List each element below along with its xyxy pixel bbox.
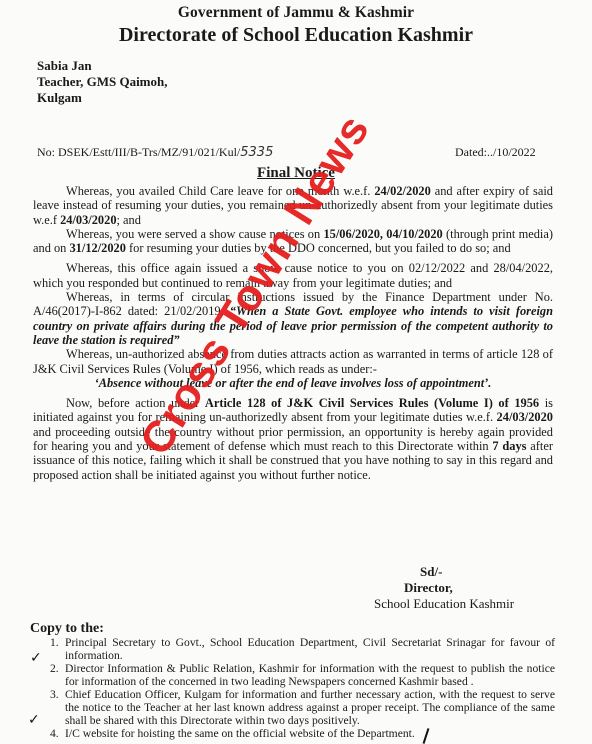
- government-heading: Government of Jammu & Kashmir: [0, 4, 592, 22]
- copy-item: 4.I/C website for hoisting the same on t…: [50, 727, 555, 740]
- dated-label: Dated:: [455, 145, 487, 159]
- addressee-name: Sabia Jan: [37, 58, 92, 74]
- rule-quote: ‘Absence without leave or after the end …: [33, 376, 553, 390]
- addressee-place: Kulgam: [37, 90, 82, 106]
- directorate-heading: Directorate of School Education Kashmir: [0, 24, 592, 47]
- reference-number-text: No: DSEK/Estt/III/B-Trs/MZ/91/021/Kul/: [37, 145, 240, 159]
- signature-designation: Director,: [404, 580, 453, 596]
- paragraph-4: Whereas, in terms of circular instructio…: [33, 290, 553, 347]
- copy-item: 2.Director Information & Public Relation…: [50, 662, 555, 688]
- paragraph-6: Now, before action under Article 128 of …: [33, 396, 553, 482]
- copy-to-title: Copy to the:: [30, 621, 104, 637]
- signature-sd: Sd/-: [420, 564, 442, 580]
- reference-number: No: DSEK/Estt/III/B-Trs/MZ/91/021/Kul/53…: [37, 145, 273, 160]
- notice-document: Government of Jammu & Kashmir Directorat…: [0, 0, 592, 744]
- paragraph-5: Whereas, un-authorized absence from duti…: [33, 347, 553, 376]
- dated-value: ../10/2022: [487, 145, 536, 159]
- copy-item: 3.Chief Education Officer, Kulgam for in…: [50, 688, 555, 727]
- handwritten-number: 5335: [240, 145, 273, 160]
- copy-to-list: 1.Principal Secretary to Govt., School E…: [50, 636, 555, 740]
- signature-office: School Education Kashmir: [374, 596, 514, 612]
- addressee-designation: Teacher, GMS Qaimoh,: [37, 74, 168, 90]
- checkmark-icon: ✓: [30, 650, 42, 666]
- copy-item: 1.Principal Secretary to Govt., School E…: [50, 636, 555, 662]
- dated: Dated:../10/2022: [455, 145, 536, 160]
- checkmark-icon: ✓: [28, 712, 40, 728]
